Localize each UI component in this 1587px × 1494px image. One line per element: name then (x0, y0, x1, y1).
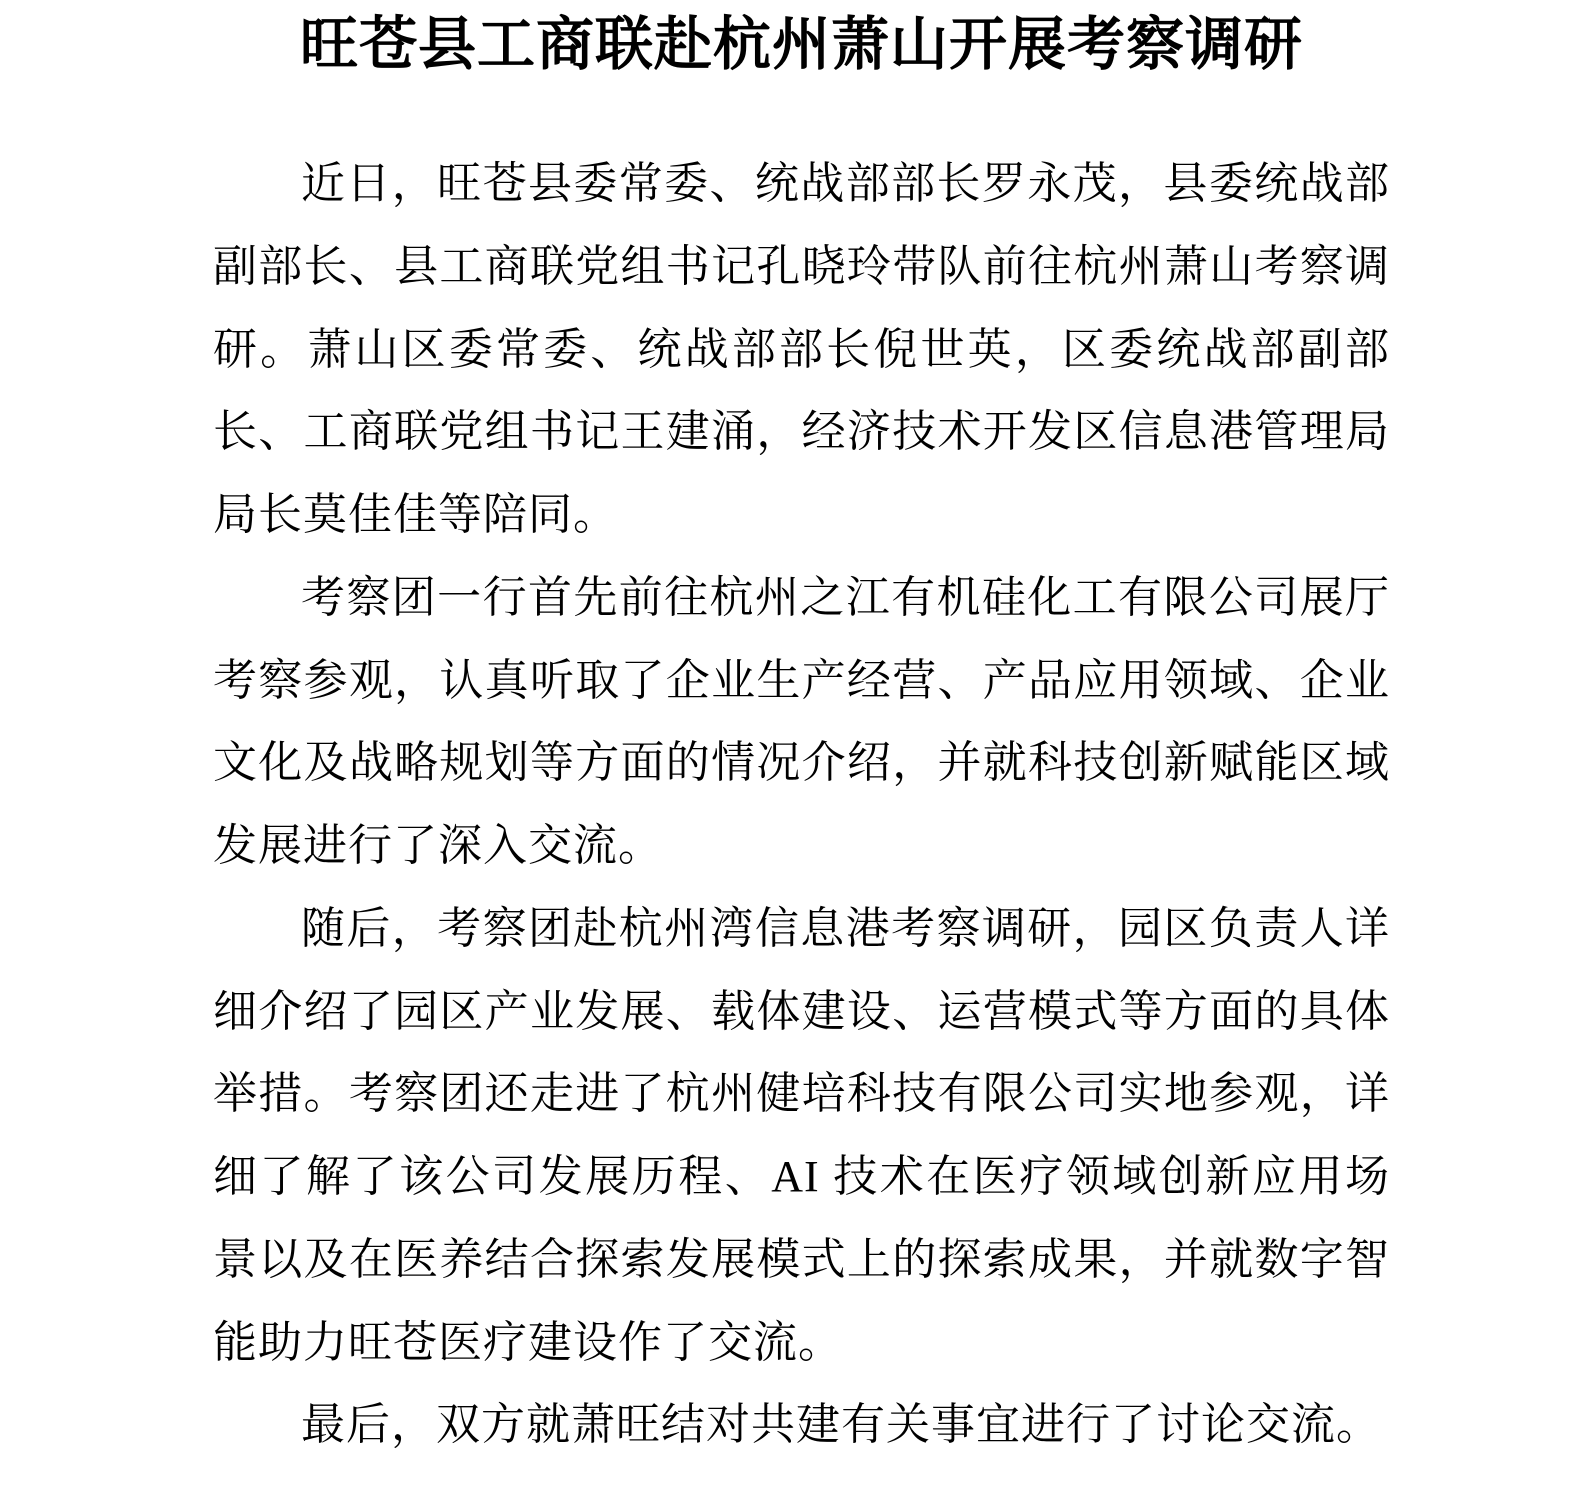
document-title: 旺苍县工商联赴杭州萧山开展考察调研 (213, 0, 1390, 90)
paragraph-conclusion: 最后，双方就萧旺结对共建有关事宜进行了讨论交流。 (213, 1384, 1390, 1467)
paragraph-company-visit: 考察团一行首先前往杭州之江有机硅化工有限公司展厅考察参观，认真听取了企业生产经营… (213, 557, 1390, 888)
document-body: 近日，旺苍县委常委、统战部部长罗永茂，县委统战部副部长、县工商联党组书记孔晓玲带… (213, 143, 1390, 1467)
paragraph-information-port-visit: 随后，考察团赴杭州湾信息港考察调研，园区负责人详细介绍了园区产业发展、载体建设、… (213, 888, 1390, 1385)
paragraph-intro: 近日，旺苍县委常委、统战部部长罗永茂，县委统战部副部长、县工商联党组书记孔晓玲带… (213, 143, 1390, 557)
document-page: 旺苍县工商联赴杭州萧山开展考察调研 近日，旺苍县委常委、统战部部长罗永茂，县委统… (0, 0, 1587, 1494)
